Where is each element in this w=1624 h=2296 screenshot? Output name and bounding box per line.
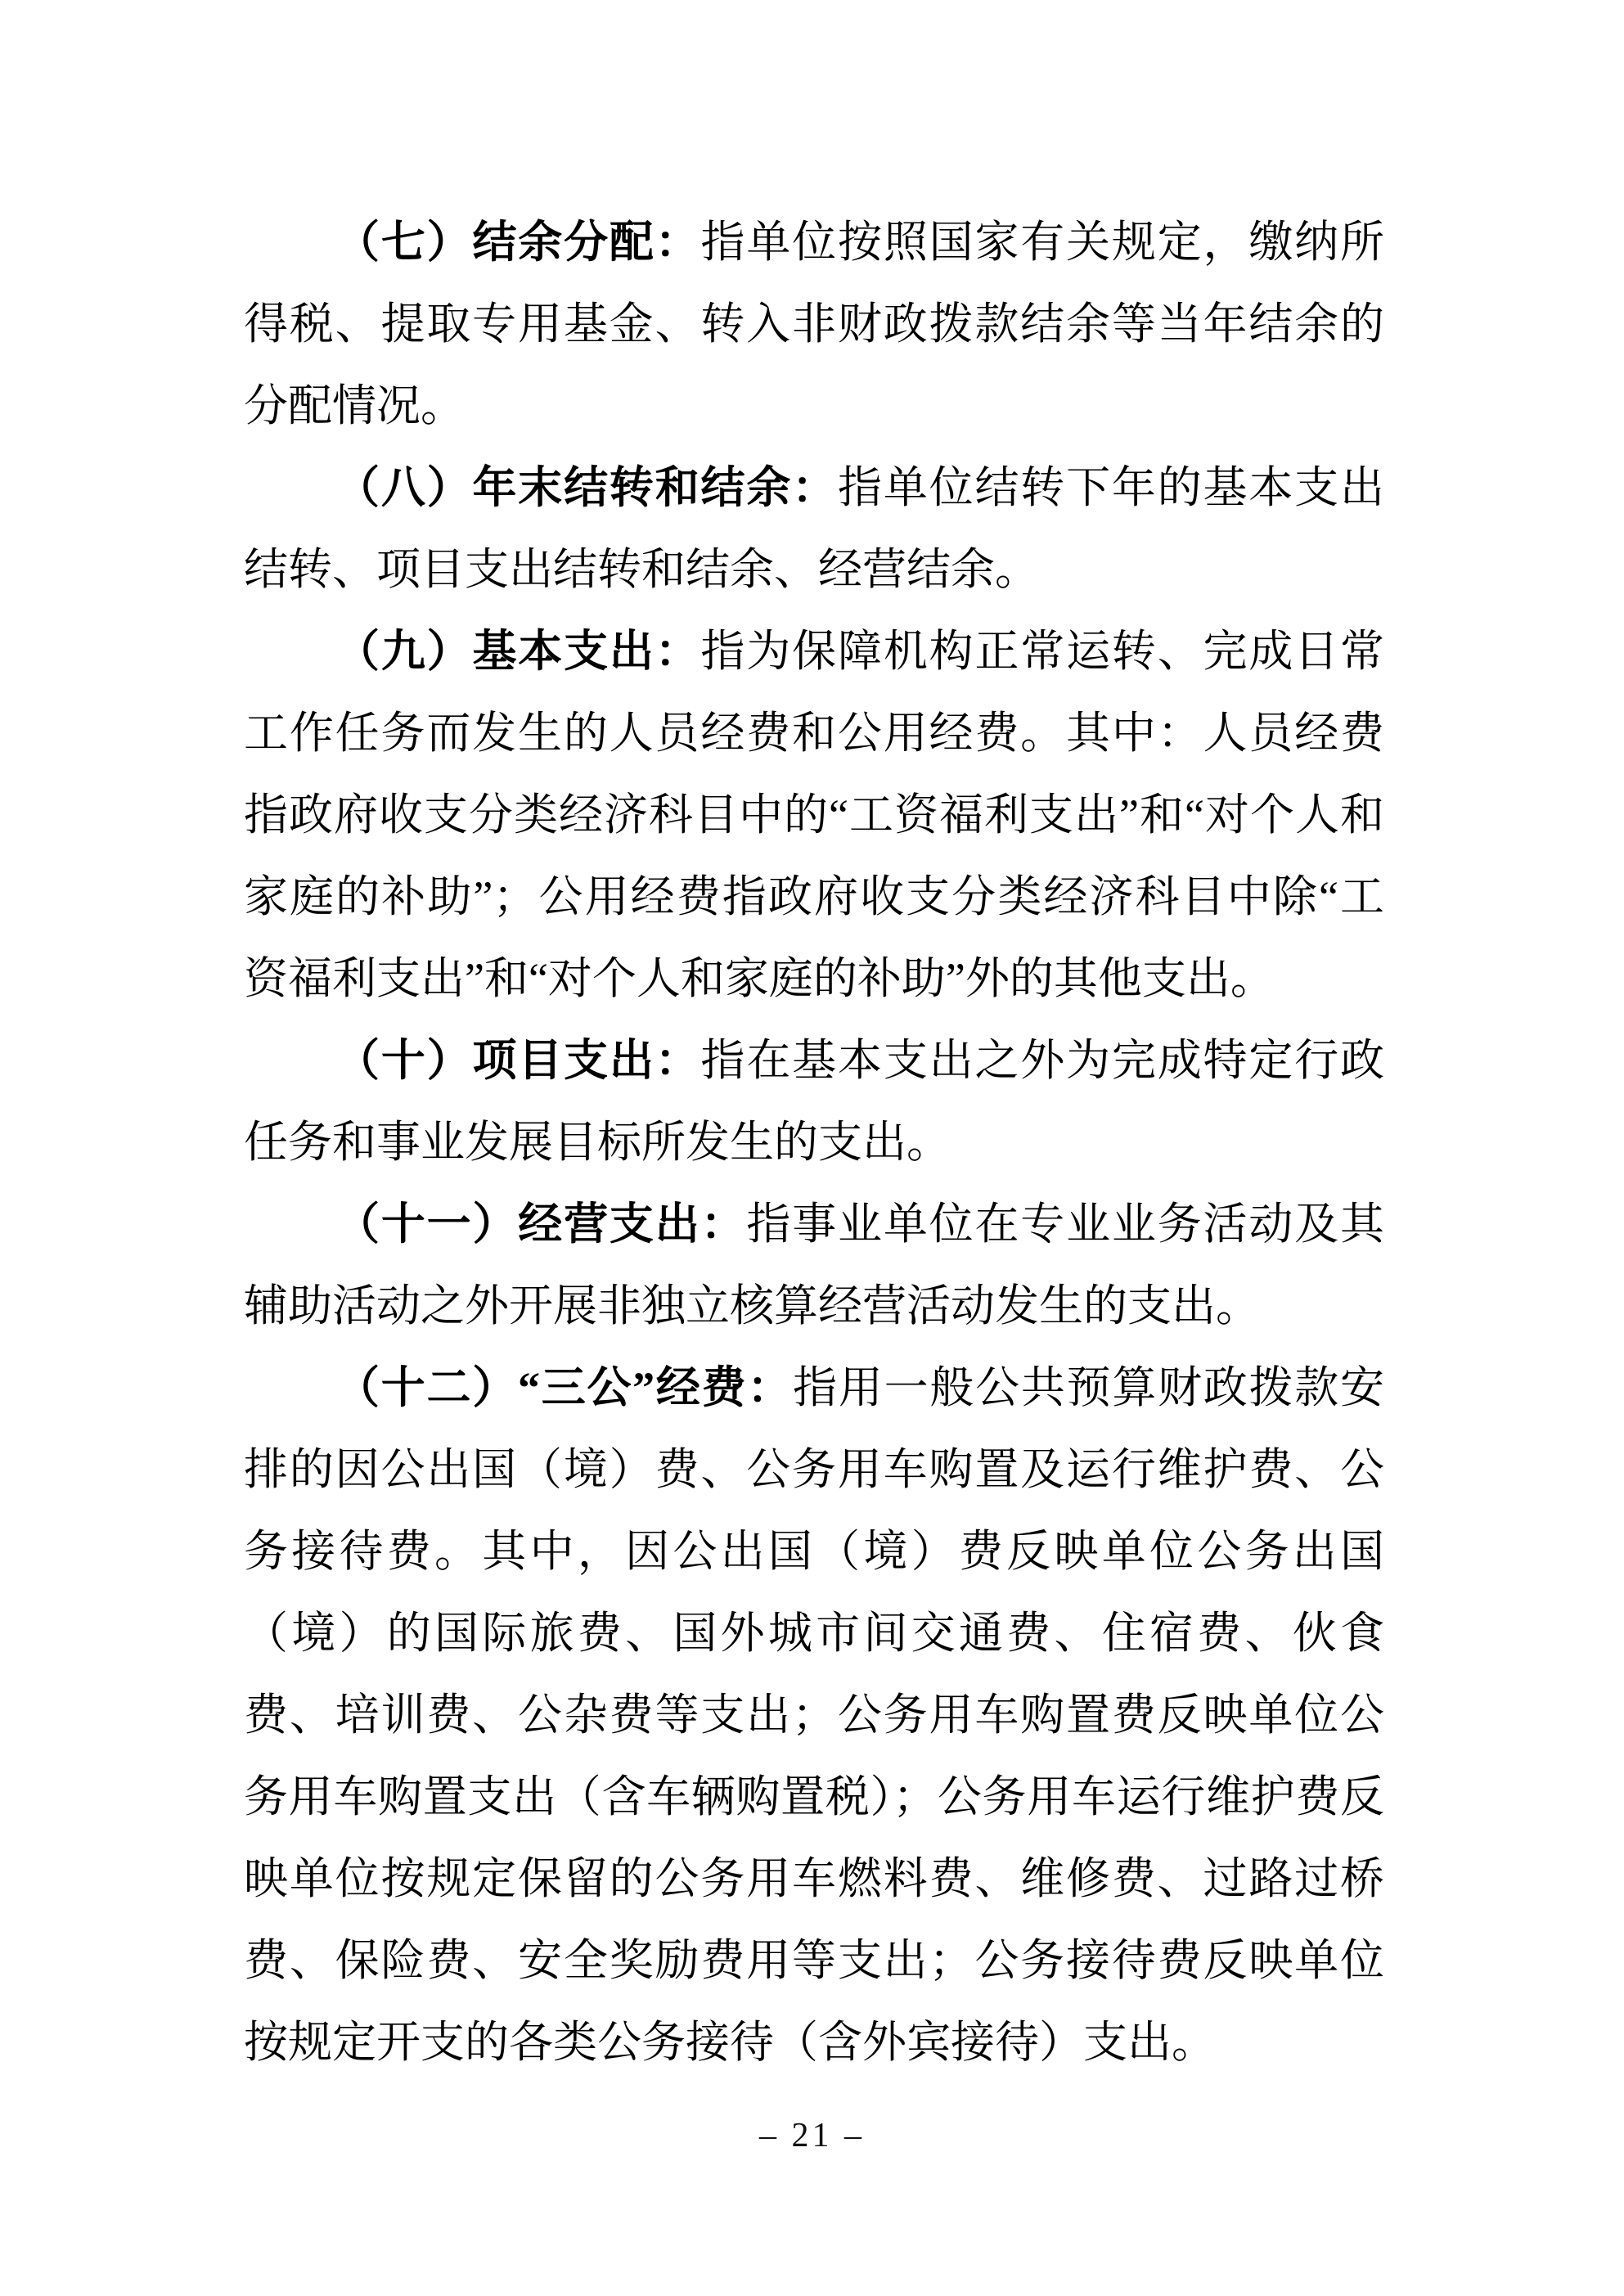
definition-text-12: 指用一般公共预算财政拨款安排的因公出国（境）费、公务用车购置及运行维护费、公务接… [244, 1363, 1384, 2067]
definition-term-8: （八）年末结转和结余： [335, 463, 838, 512]
document-page: （七）结余分配：指单位按照国家有关规定，缴纳所得税、提取专用基金、转入非财政拨款… [0, 0, 1624, 2296]
definition-paragraph-7: （七）结余分配：指单位按照国家有关规定，缴纳所得税、提取专用基金、转入非财政拨款… [244, 201, 1384, 447]
definition-paragraph-11: （十一）经营支出：指事业单位在专业业务活动及其辅助活动之外开展非独立核算经营活动… [244, 1183, 1384, 1347]
definition-term-10: （十）项目支出： [335, 1036, 701, 1085]
definition-term-11: （十一）经营支出： [335, 1200, 746, 1249]
definition-paragraph-8: （八）年末结转和结余：指单位结转下年的基本支出结转、项目支出结转和结余、经营结余… [244, 447, 1384, 610]
definition-term-9: （九）基本支出： [335, 627, 701, 676]
definition-paragraph-9: （九）基本支出：指为保障机构正常运转、完成日常工作任务而发生的人员经费和公用经费… [244, 610, 1384, 1020]
definition-paragraph-12: （十二）“三公”经费：指用一般公共预算财政拨款安排的因公出国（境）费、公务用车购… [244, 1347, 1384, 2083]
page-number: – 21 – [0, 2116, 1624, 2155]
document-body: （七）结余分配：指单位按照国家有关规定，缴纳所得税、提取专用基金、转入非财政拨款… [244, 201, 1384, 2083]
definition-paragraph-10: （十）项目支出：指在基本支出之外为完成特定行政任务和事业发展目标所发生的支出。 [244, 1020, 1384, 1183]
definition-term-7: （七）结余分配： [335, 218, 701, 267]
definition-term-12: （十二）“三公”经费： [335, 1363, 793, 1412]
definition-text-9: 指为保障机构正常运转、完成日常工作任务而发生的人员经费和公用经费。其中：人员经费… [244, 627, 1384, 1003]
